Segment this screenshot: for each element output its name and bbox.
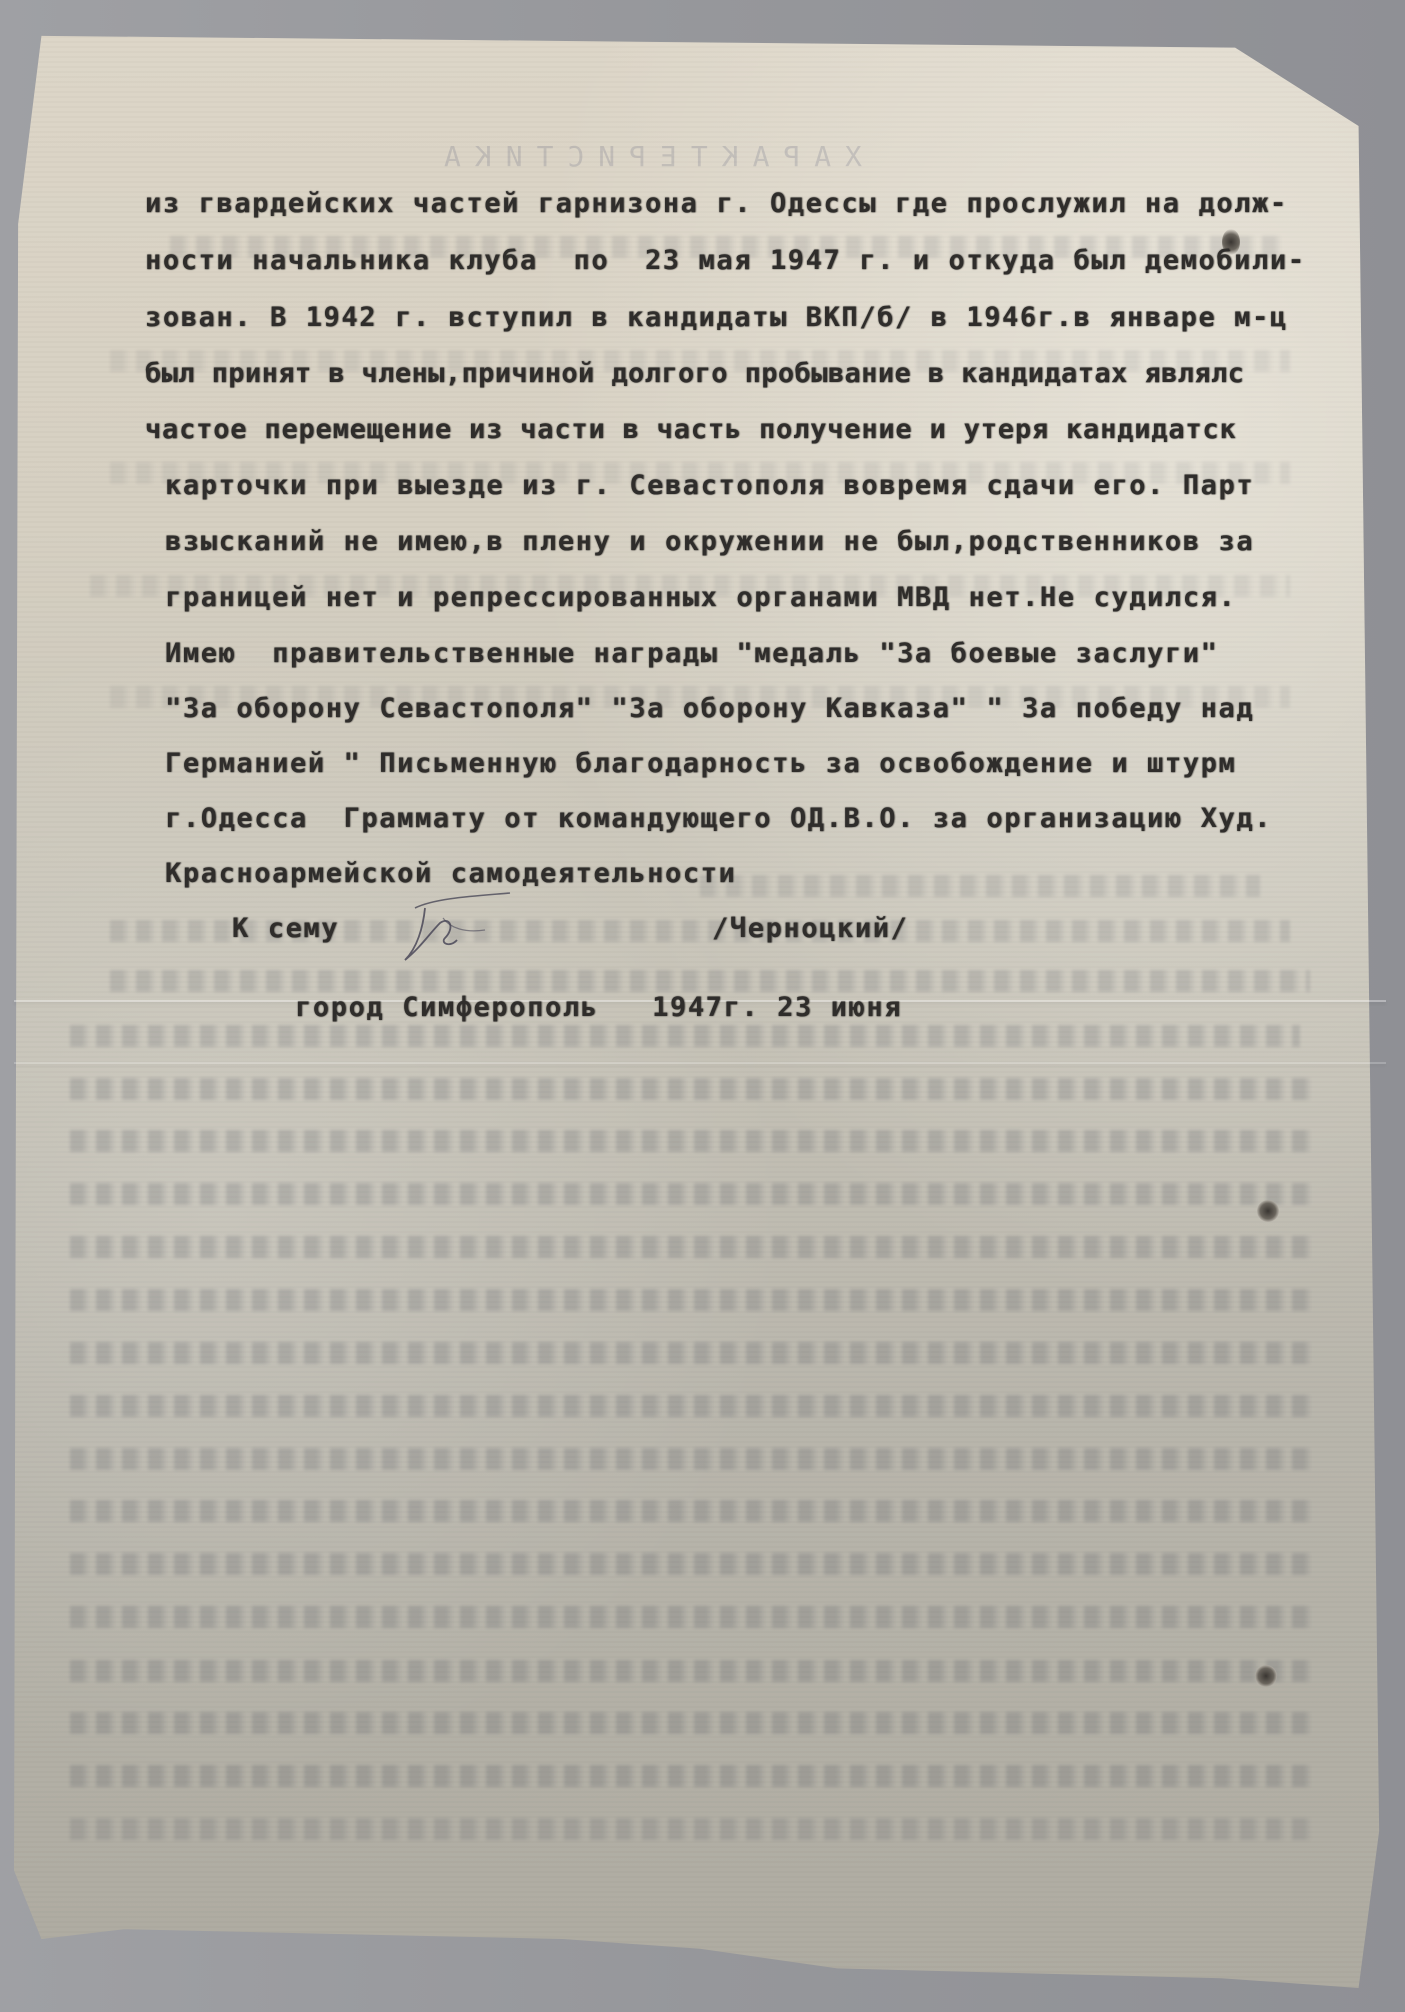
body-line: карточки при выезде из г. Севастополя во… xyxy=(165,470,1254,501)
body-line: взысканий не имею,в плену и окружении не… xyxy=(165,526,1254,557)
body-line: Красноармейской самодеятельности xyxy=(165,858,736,889)
handwritten-signature xyxy=(395,888,515,968)
body-line: был принят в члены,причиной долгого проб… xyxy=(145,358,1244,389)
body-line: из гвардейских частей гарнизона г. Одесс… xyxy=(145,188,1288,219)
typed-body: из гвардейских частей гарнизона г. Одесс… xyxy=(0,0,1405,2012)
body-line: ности начальника клуба по 23 мая 1947 г.… xyxy=(145,245,1306,276)
place-date: город Симферополь 1947г. 23 июня xyxy=(295,992,902,1023)
body-line: Имею правительственные награды "медаль "… xyxy=(165,638,1218,669)
signatory-name: /Черноцкий/ xyxy=(712,913,908,944)
body-line: "За оборону Севастополя" "За оборону Кав… xyxy=(165,693,1254,724)
body-line: границей нет и репрессированных органами… xyxy=(165,582,1236,613)
body-line: частое перемещение из части в часть полу… xyxy=(145,414,1237,445)
body-line: Германией " Письменную благодарность за … xyxy=(165,748,1236,779)
body-line: зован. В 1942 г. вступил в кандидаты ВКП… xyxy=(145,302,1288,333)
closing-prefix: К сему xyxy=(232,913,339,944)
body-line: г.Одесса Граммату от командующего ОД.В.О… xyxy=(165,803,1272,834)
